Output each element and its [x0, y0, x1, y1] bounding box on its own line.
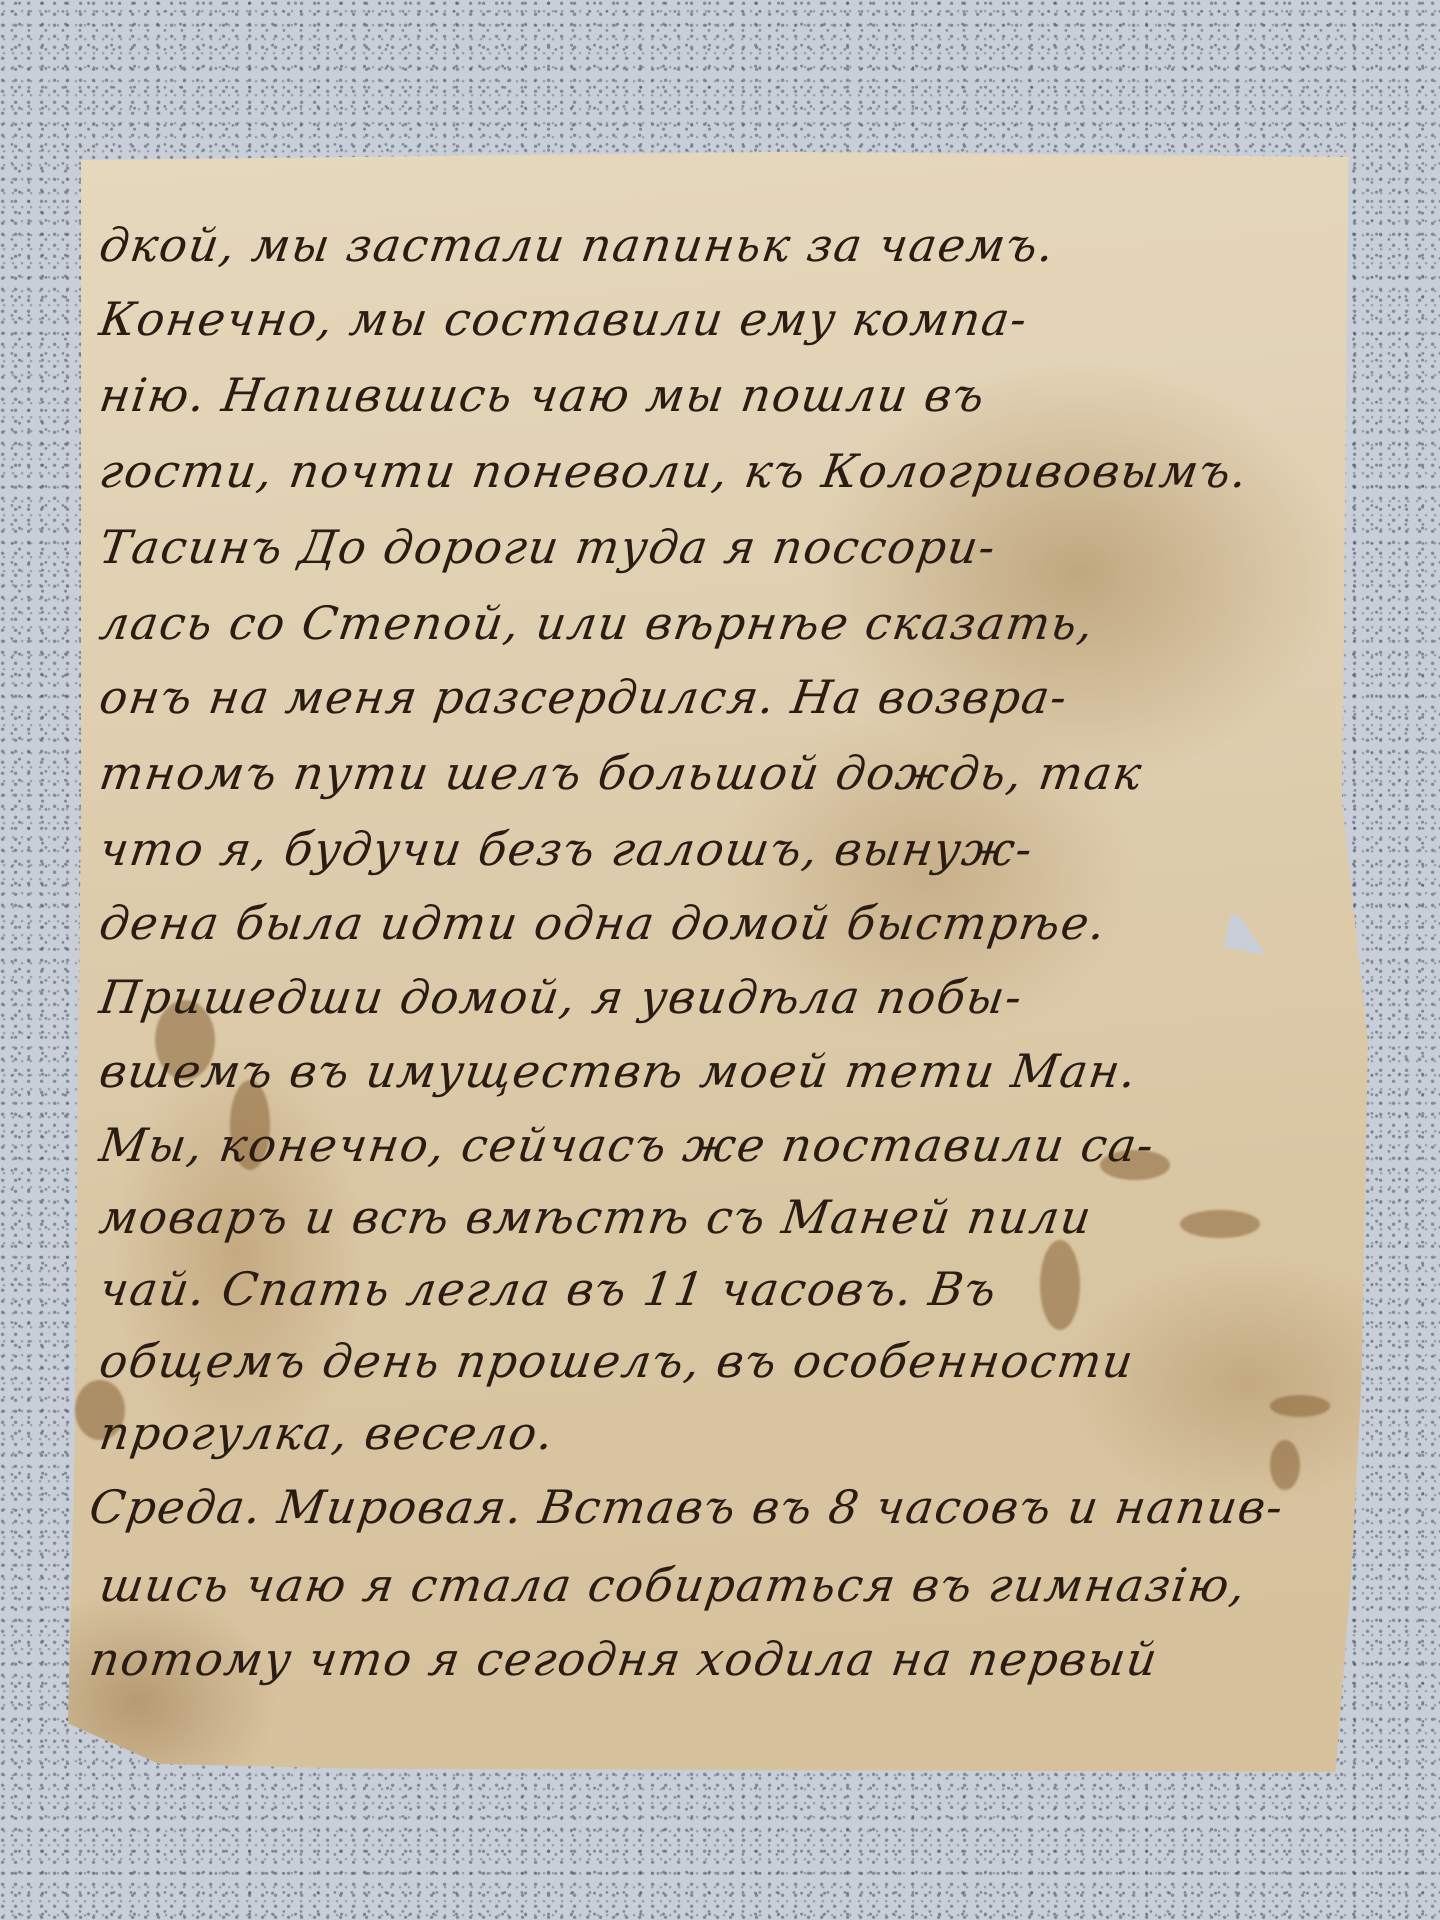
text-line: Конечно, мы составили ему компа- [96, 292, 1031, 346]
text-line: чай. Спать легла въ 11 часовъ. Въ [96, 1262, 1000, 1316]
text-line: дкой, мы застали папиньк за чаемъ. [96, 218, 1058, 272]
text-line: нію. Напившись чаю мы пошли въ [96, 368, 989, 422]
text-line: Тасинъ До дороги туда я поссори- [96, 520, 1000, 574]
text-line: потому что я сегодня ходила на первый [86, 1632, 1162, 1686]
text-line: тномъ пути шелъ большой дождь, так [96, 746, 1146, 800]
ink-stain [1270, 1395, 1330, 1417]
text-line: гости, почти поневоли, къ Кологривовымъ. [96, 444, 1252, 498]
text-line: Пришедши домой, я увидѣла побы- [96, 970, 1026, 1024]
text-line: вшемъ въ имуществѣ моей тети Ман. [96, 1044, 1141, 1098]
text-line: моваръ и всѣ вмѣстѣ съ Маней пили [96, 1190, 1095, 1244]
text-line: шись чаю я стала собираться въ гимназію, [96, 1558, 1250, 1612]
text-line: лась со Степой, или вѣрнѣе сказать, [96, 596, 1098, 650]
text-line: прогулка, весело. [96, 1406, 558, 1460]
text-line: дена была идти одна домой быстрѣе. [96, 896, 1110, 950]
text-line: что я, будучи безъ галошъ, вынуж- [96, 822, 1037, 876]
text-line: Мы, конечно, сейчасъ же поставили са- [96, 1118, 1158, 1172]
text-line: Среда. Мировая. Вставъ въ 8 часовъ и нап… [86, 1480, 1287, 1534]
text-line: онъ на меня разсердился. На возвра- [96, 670, 1071, 724]
ink-stain [1180, 1210, 1260, 1238]
text-line: общемъ день прошелъ, въ особенности [96, 1334, 1137, 1388]
ink-stain [1040, 1240, 1080, 1330]
